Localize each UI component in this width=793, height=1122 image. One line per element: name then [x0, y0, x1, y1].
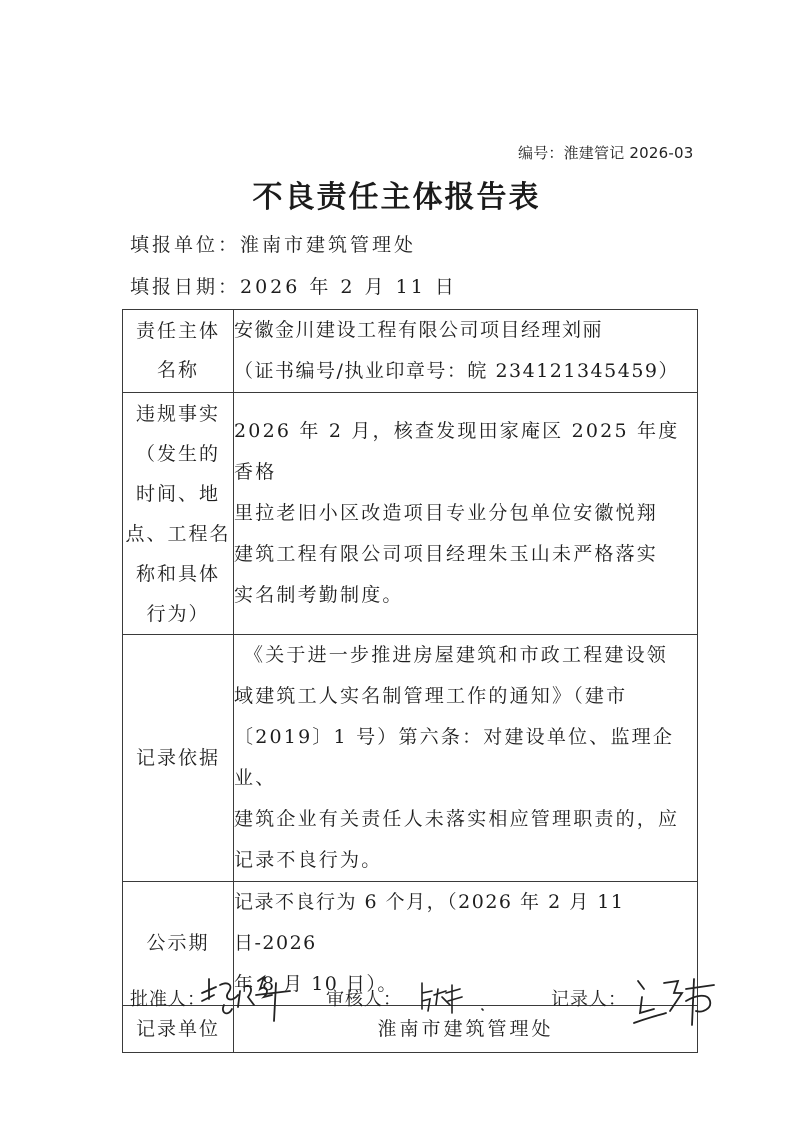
facts-label-line: 点、工程名	[123, 514, 233, 554]
facts-text-line: 建筑工程有限公司项目经理朱玉山未严格落实	[234, 534, 697, 575]
signature-row: 批准人： 审核人： 记录人：	[130, 985, 730, 1045]
facts-value-cell: 2026 年 2 月，核查发现田家庵区 2025 年度香格 里拉老旧小区改造项目…	[234, 393, 698, 635]
reviewer-label: 审核人：	[326, 985, 402, 1011]
report-table: 责任主体 名称 安徽金川建设工程有限公司项目经理刘丽 （证书编号/执业印章号：皖…	[122, 309, 698, 1053]
facts-text-line: 实名制考勤制度。	[234, 575, 697, 616]
basis-text-line: 建筑企业有关责任人未落实相应管理职责的，应	[234, 799, 697, 840]
facts-label-line: （发生的	[123, 434, 233, 474]
facts-label-line: 时间、地	[123, 474, 233, 514]
document-number: 编号：淮建管记 2026-03	[518, 142, 693, 163]
recorder-label: 记录人：	[551, 985, 627, 1011]
recorder-signature-icon	[630, 975, 725, 1030]
facts-label-cell: 违规事实 （发生的 时间、地 点、工程名 称和具体 行为）	[123, 393, 234, 635]
subject-label-line: 名称	[123, 351, 233, 390]
basis-text-line: 记录不良行为。	[234, 840, 697, 881]
subject-value-cell: 安徽金川建设工程有限公司项目经理刘丽 （证书编号/执业印章号：皖 2341213…	[234, 310, 698, 393]
facts-label-line: 行为）	[123, 594, 233, 634]
basis-label-cell: 记录依据	[123, 635, 234, 882]
approver-label: 批准人：	[130, 985, 206, 1011]
subject-name: 安徽金川建设工程有限公司项目经理刘丽	[234, 310, 697, 351]
reporting-date-line: 填报日期：2026 年 2 月 11 日	[130, 272, 457, 299]
facts-text-line: 里拉老旧小区改造项目专业分包单位安徽悦翔	[234, 493, 697, 534]
basis-text-line: 《关于进一步推进房屋建筑和市政工程建设领	[234, 635, 697, 676]
basis-text-line: 域建筑工人实名制管理工作的通知》（建市	[234, 676, 697, 717]
facts-label-line: 违规事实	[123, 394, 233, 434]
subject-label-cell: 责任主体 名称	[123, 310, 234, 393]
table-row-facts: 违规事实 （发生的 时间、地 点、工程名 称和具体 行为） 2026 年 2 月…	[123, 393, 698, 635]
reviewer-signature-icon	[416, 979, 496, 1019]
facts-label-line: 称和具体	[123, 554, 233, 594]
table-row-basis: 记录依据 《关于进一步推进房屋建筑和市政工程建设领 域建筑工人实名制管理工作的通…	[123, 635, 698, 882]
document-title: 不良责任主体报告表	[0, 172, 793, 216]
period-text-line: 记录不良行为 6 个月，（2026 年 2 月 11 日-2026	[234, 882, 697, 964]
facts-text-line: 2026 年 2 月，核查发现田家庵区 2025 年度香格	[234, 411, 697, 493]
subject-label-line: 责任主体	[123, 312, 233, 351]
table-row-subject: 责任主体 名称 安徽金川建设工程有限公司项目经理刘丽 （证书编号/执业印章号：皖…	[123, 310, 698, 393]
basis-value-cell: 《关于进一步推进房屋建筑和市政工程建设领 域建筑工人实名制管理工作的通知》（建市…	[234, 635, 698, 882]
approver-signature-icon	[198, 973, 293, 1023]
basis-text-line: 〔2019〕1 号）第六条：对建设单位、监理企业、	[234, 717, 697, 799]
subject-certificate: （证书编号/执业印章号：皖 234121345459）	[234, 351, 697, 392]
reporting-unit-line: 填报单位：淮南市建筑管理处	[130, 230, 416, 257]
